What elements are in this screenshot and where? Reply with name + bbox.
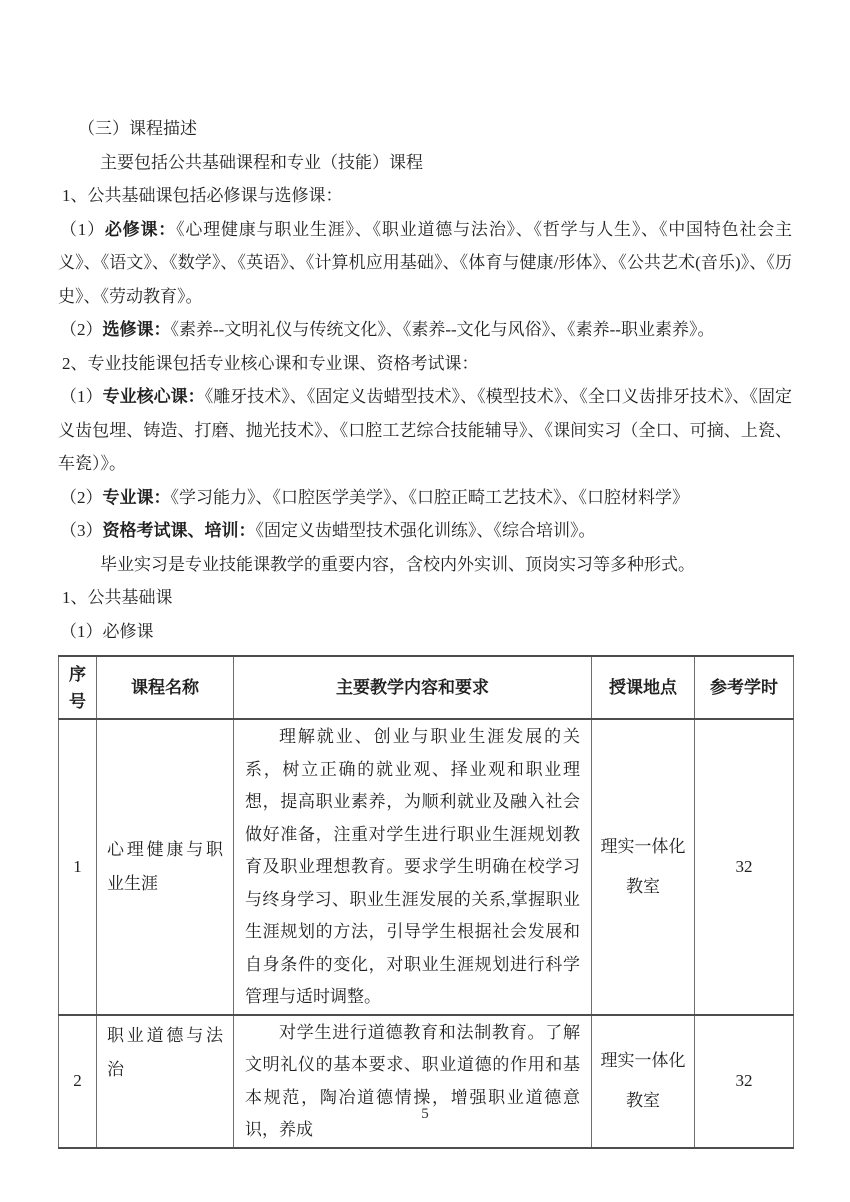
row-number: 1 [59, 719, 97, 1015]
qualification-text: 《固定义齿蜡型技术强化训练》、《综合培训》。 [256, 521, 596, 540]
course-name: 职业道德与法治 [97, 1015, 234, 1148]
course-location: 理实一体化教室 [592, 1015, 695, 1148]
table-row: 1 心理健康与职业生涯 理解就业、创业与职业生涯发展的关系，树立正确的就业观、择… [59, 719, 794, 1015]
core-label: 专业核心课： [103, 387, 205, 406]
section1-heading-text: 1、公共基础课 [62, 588, 173, 607]
professional-label: 专业课： [103, 488, 171, 507]
table-row: 2 职业道德与法治 对学生进行道德教育和法制教育。了解文明礼仪的基本要求、职业道… [59, 1015, 794, 1148]
professional-text: 《学习能力》、《口腔医学美学》、《口腔正畸工艺技术》、《口腔材料学》 [171, 488, 690, 507]
list-item-2: 2、专业技能课包括专业核心课和专业课、资格考试课： [58, 347, 792, 381]
required-label: 必修课： [105, 220, 176, 239]
list-item-1-text: 1、公共基础课包括必修课与选修课： [62, 186, 343, 205]
section-heading-text: （三）课程描述 [78, 119, 197, 138]
elective-text: 《素养--文明礼仪与传统文化》、《素养--文化与风俗》、《素养--职业素养》。 [171, 320, 715, 339]
required-courses-paragraph: （1）必修课：《心理健康与职业生涯》、《职业道德与法治》、《哲学与人生》、《中国… [58, 213, 792, 314]
core-prefix: （1） [60, 387, 103, 406]
section-heading: （三）课程描述 [58, 112, 792, 146]
col-header-location: 授课地点 [592, 656, 695, 719]
course-name: 心理健康与职业生涯 [97, 719, 234, 1015]
list-item-1: 1、公共基础课包括必修课与选修课： [58, 179, 792, 213]
document-page: （三）课程描述 主要包括公共基础课程和专业（技能）课程 1、公共基础课包括必修课… [0, 0, 850, 1202]
professional-courses-paragraph: （2）专业课：《学习能力》、《口腔医学美学》、《口腔正畸工艺技术》、《口腔材料学… [58, 481, 792, 515]
course-table: 序号 课程名称 主要教学内容和要求 授课地点 参考学时 1 心理健康与职业生涯 … [58, 655, 794, 1149]
required-prefix: （1） [60, 220, 105, 239]
practice-text: 毕业实习是专业技能课教学的重要内容，含校内外实训、顶岗实习等多种形式。 [100, 555, 695, 574]
elective-label: 选修课： [103, 320, 171, 339]
practice-paragraph: 毕业实习是专业技能课教学的重要内容，含校内外实训、顶岗实习等多种形式。 [58, 548, 792, 582]
course-hours: 32 [695, 1015, 794, 1148]
elective-courses-paragraph: （2）选修课：《素养--文明礼仪与传统文化》、《素养--文化与风俗》、《素养--… [58, 313, 792, 347]
list-item-2-text: 2、专业技能课包括专业核心课和专业课、资格考试课： [62, 354, 479, 373]
course-hours: 32 [695, 719, 794, 1015]
section1-heading: 1、公共基础课 [58, 581, 792, 615]
table-header-row: 序号 课程名称 主要教学内容和要求 授课地点 参考学时 [59, 656, 794, 719]
col-header-content: 主要教学内容和要求 [234, 656, 592, 719]
col-header-hours: 参考学时 [695, 656, 794, 719]
course-location: 理实一体化教室 [592, 719, 695, 1015]
qualification-courses-paragraph: （3）资格考试课、培训：《固定义齿蜡型技术强化训练》、《综合培训》。 [58, 514, 792, 548]
qualification-label: 资格考试课、培训： [103, 521, 256, 540]
page-number: 5 [0, 1106, 850, 1123]
elective-prefix: （2） [60, 320, 103, 339]
section1-subheading-text: （1）必修课 [60, 622, 154, 641]
document-body: （三）课程描述 主要包括公共基础课程和专业（技能）课程 1、公共基础课包括必修课… [58, 112, 792, 1149]
qualification-prefix: （3） [60, 521, 103, 540]
row-number: 2 [59, 1015, 97, 1148]
intro-text: 主要包括公共基础课程和专业（技能）课程 [100, 153, 423, 172]
core-courses-paragraph: （1）专业核心课：《雕牙技术》、《固定义齿蜡型技术》、《模型技术》、《全口义齿排… [58, 380, 792, 481]
course-content: 对学生进行道德教育和法制教育。了解文明礼仪的基本要求、职业道德的作用和基本规范，… [234, 1015, 592, 1148]
col-header-course-name: 课程名称 [97, 656, 234, 719]
section1-subheading: （1）必修课 [58, 615, 792, 649]
intro-paragraph: 主要包括公共基础课程和专业（技能）课程 [58, 146, 792, 180]
professional-prefix: （2） [60, 488, 103, 507]
course-content: 理解就业、创业与职业生涯发展的关系，树立正确的就业观、择业观和职业理想，提高职业… [234, 719, 592, 1015]
col-header-number: 序号 [59, 656, 97, 719]
